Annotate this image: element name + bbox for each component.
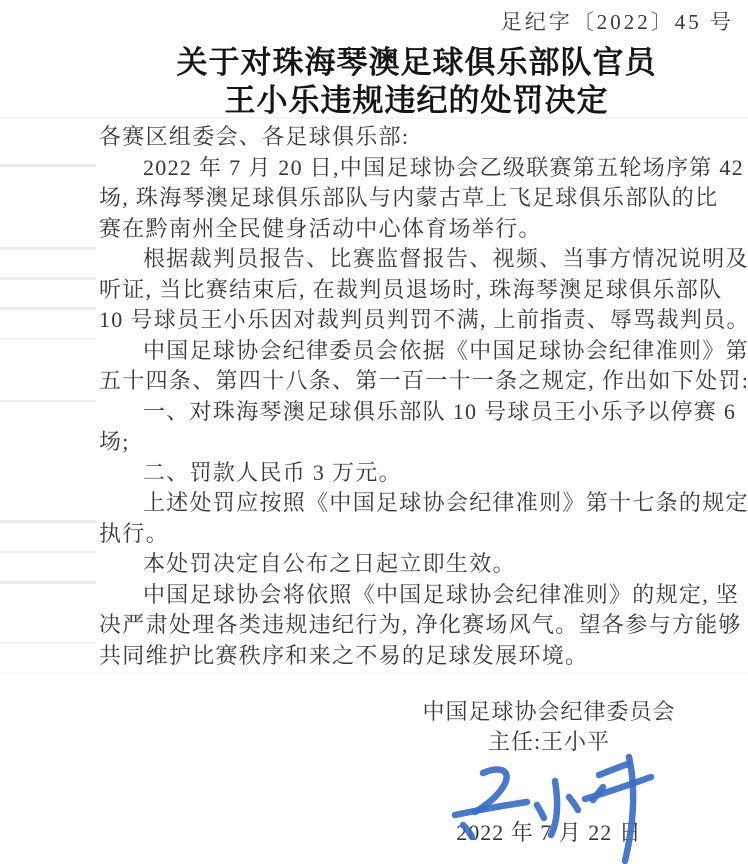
signature-block: 中国足球协会纪律委员会 主任:王小平 2022 年 7 月 22 日 — [414, 697, 684, 847]
document-page: 足纪字〔2022〕45 号 关于对珠海琴澳足球俱乐部队官员 王小乐违规违纪的处罚… — [0, 0, 748, 864]
signer-name-line: 主任:王小平 — [414, 727, 684, 757]
body-line: 10 号球员王小乐因对裁判员判罚不满, 上前指责、辱骂裁判员。 — [99, 305, 734, 336]
body-line: 中国足球协会纪律委员会依据《中国足球协会纪律准则》第 — [99, 336, 734, 367]
body-line: 场, 珠海琴澳足球俱乐部队与内蒙古草上飞足球俱乐部队的比 — [99, 183, 734, 214]
scan-artifact-line — [0, 400, 96, 402]
body-line: 场; — [99, 427, 734, 458]
body-line: 共同维护比赛秩序和来之不易的足球发展环境。 — [99, 641, 734, 672]
scan-artifact-line — [0, 520, 96, 523]
body-line: 听证, 当比赛结束后, 在裁判员退场时, 珠海琴澳足球俱乐部队 — [99, 275, 734, 306]
body-line: 赛在黔南州全民健身活动中心体育场举行。 — [99, 214, 734, 245]
body-line: 二、罚款人民币 3 万元。 — [99, 458, 734, 489]
scan-artifact-line — [0, 672, 748, 674]
scan-artifact-line — [0, 164, 96, 167]
document-title-line-2: 王小乐违规违纪的处罚决定 — [99, 82, 734, 120]
body-line: 本处罚决定自公布之日起立即生效。 — [99, 549, 734, 580]
scan-artifact-line — [0, 247, 96, 250]
scan-artifact-line — [0, 551, 96, 553]
signature-date: 2022 年 7 月 22 日 — [414, 819, 684, 847]
body-line: 根据裁判员报告、比赛监督报告、视频、当事方情况说明及 — [99, 244, 734, 275]
document-title: 关于对珠海琴澳足球俱乐部队官员 王小乐违规违纪的处罚决定 — [99, 44, 734, 120]
body-line: 一、对珠海琴澳足球俱乐部队 10 号球员王小乐予以停赛 6 — [99, 397, 734, 428]
body-line: 中国足球协会将依照《中国足球协会纪律准则》的规定, 坚 — [99, 580, 734, 611]
body-line: 2022 年 7 月 20 日,中国足球协会乙级联赛第五轮场序第 42 — [99, 153, 734, 184]
document-body: 各赛区组委会、各足球俱乐部:2022 年 7 月 20 日,中国足球协会乙级联赛… — [99, 122, 734, 671]
scan-artifact-line — [0, 338, 96, 340]
document-title-line-1: 关于对珠海琴澳足球俱乐部队官员 — [99, 44, 734, 82]
body-line: 各赛区组委会、各足球俱乐部: — [99, 122, 734, 153]
scan-artifact-line — [0, 307, 96, 310]
signing-organization: 中国足球协会纪律委员会 — [414, 697, 684, 727]
body-line: 决严肃处理各类违规违纪行为, 净化赛场风气。望各参与方能够 — [99, 610, 734, 641]
scan-artifact-line — [0, 581, 96, 584]
body-line: 执行。 — [99, 519, 734, 550]
body-line: 五十四条、第四十八条、第一百一十一条之规定, 作出如下处罚: — [99, 366, 734, 397]
scan-artifact-line — [0, 277, 96, 280]
body-line: 上述处罚应按照《中国足球协会纪律准则》第十七条的规定 — [99, 488, 734, 519]
scan-artifact-line — [0, 642, 96, 644]
doc-reference-number: 足纪字〔2022〕45 号 — [99, 8, 734, 36]
